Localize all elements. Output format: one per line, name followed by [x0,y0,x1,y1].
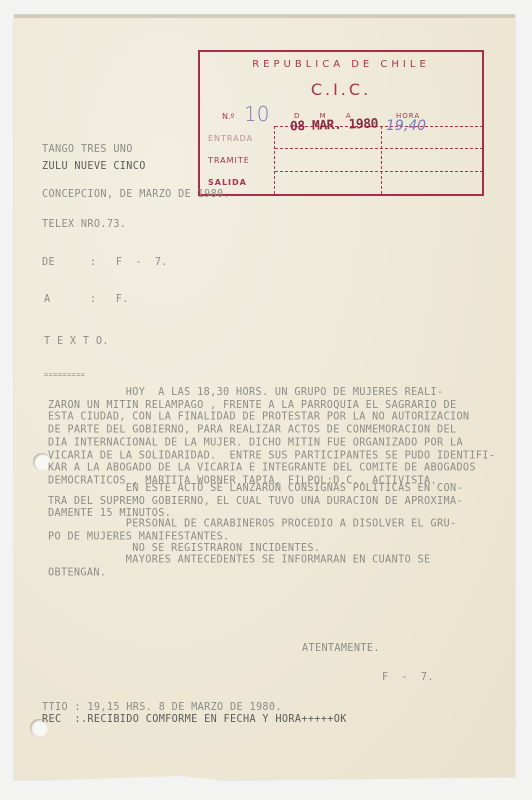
closing-signature: F - 7. [382,672,434,685]
paper-torn-top-edge [14,14,515,18]
stamp-number-value: 10 [244,102,269,126]
stamp-grid-line [275,148,483,149]
to-label: A [44,294,50,307]
stamp-number-label: N.º [222,112,234,121]
texto-heading: T E X T O. [44,336,109,349]
stamp-row-tramite: TRAMITE [208,156,250,165]
reception-stamp: REPUBLICA DE CHILE C.I.C. N.º 10 D M A H… [198,50,484,196]
place-date: CONCEPCION, DE MARZO DE 1980. [42,189,230,202]
stamp-entrada-date: 08 MAR. 1980 [290,116,378,134]
telex-number: TELEX NRO.73. [42,219,126,232]
stamp-grid [274,126,483,194]
paragraph-1: HOY A LAS 18,30 HORS. UN GRUPO DE MUJERE… [48,386,495,487]
stamp-entrada-hora: 19,40 [386,118,426,134]
texto-underline: ========= [44,370,85,383]
stamp-org: C.I.C. [200,80,482,99]
to-value: : F. [90,294,129,307]
footer-ttio: TTIO : 19,15 HRS. 8 DE MARZO DE 1980. [42,702,282,715]
stamp-row-entrada: ENTRADA [208,134,253,143]
footer-rec: REC :.RECIBIDO COMFORME EN FECHA Y HORA+… [42,714,347,727]
paragraph-3: PERSONAL DE CARABINEROS PROCEDIO A DISOL… [48,518,456,543]
stamp-grid-divider [381,126,382,194]
stamp-title: REPUBLICA DE CHILE [200,59,482,70]
header-line-2: ZULU NUEVE CINCO [42,161,146,174]
closing-salutation: ATENTAMENTE. [302,643,380,656]
from-value: : F - 7. [90,257,168,270]
from-label: DE [42,257,55,270]
paragraph-5: MAYORES ANTECEDENTES SE INFORMARAN EN CU… [48,554,431,579]
stamp-grid-line [275,171,483,172]
paragraph-2: EN ESTE ACTO SE LANZARON CONSIGNAS POLIT… [48,483,463,521]
stamp-row-salida: SALIDA [208,178,247,187]
header-line-1: TANGO TRES UNO [42,144,133,157]
